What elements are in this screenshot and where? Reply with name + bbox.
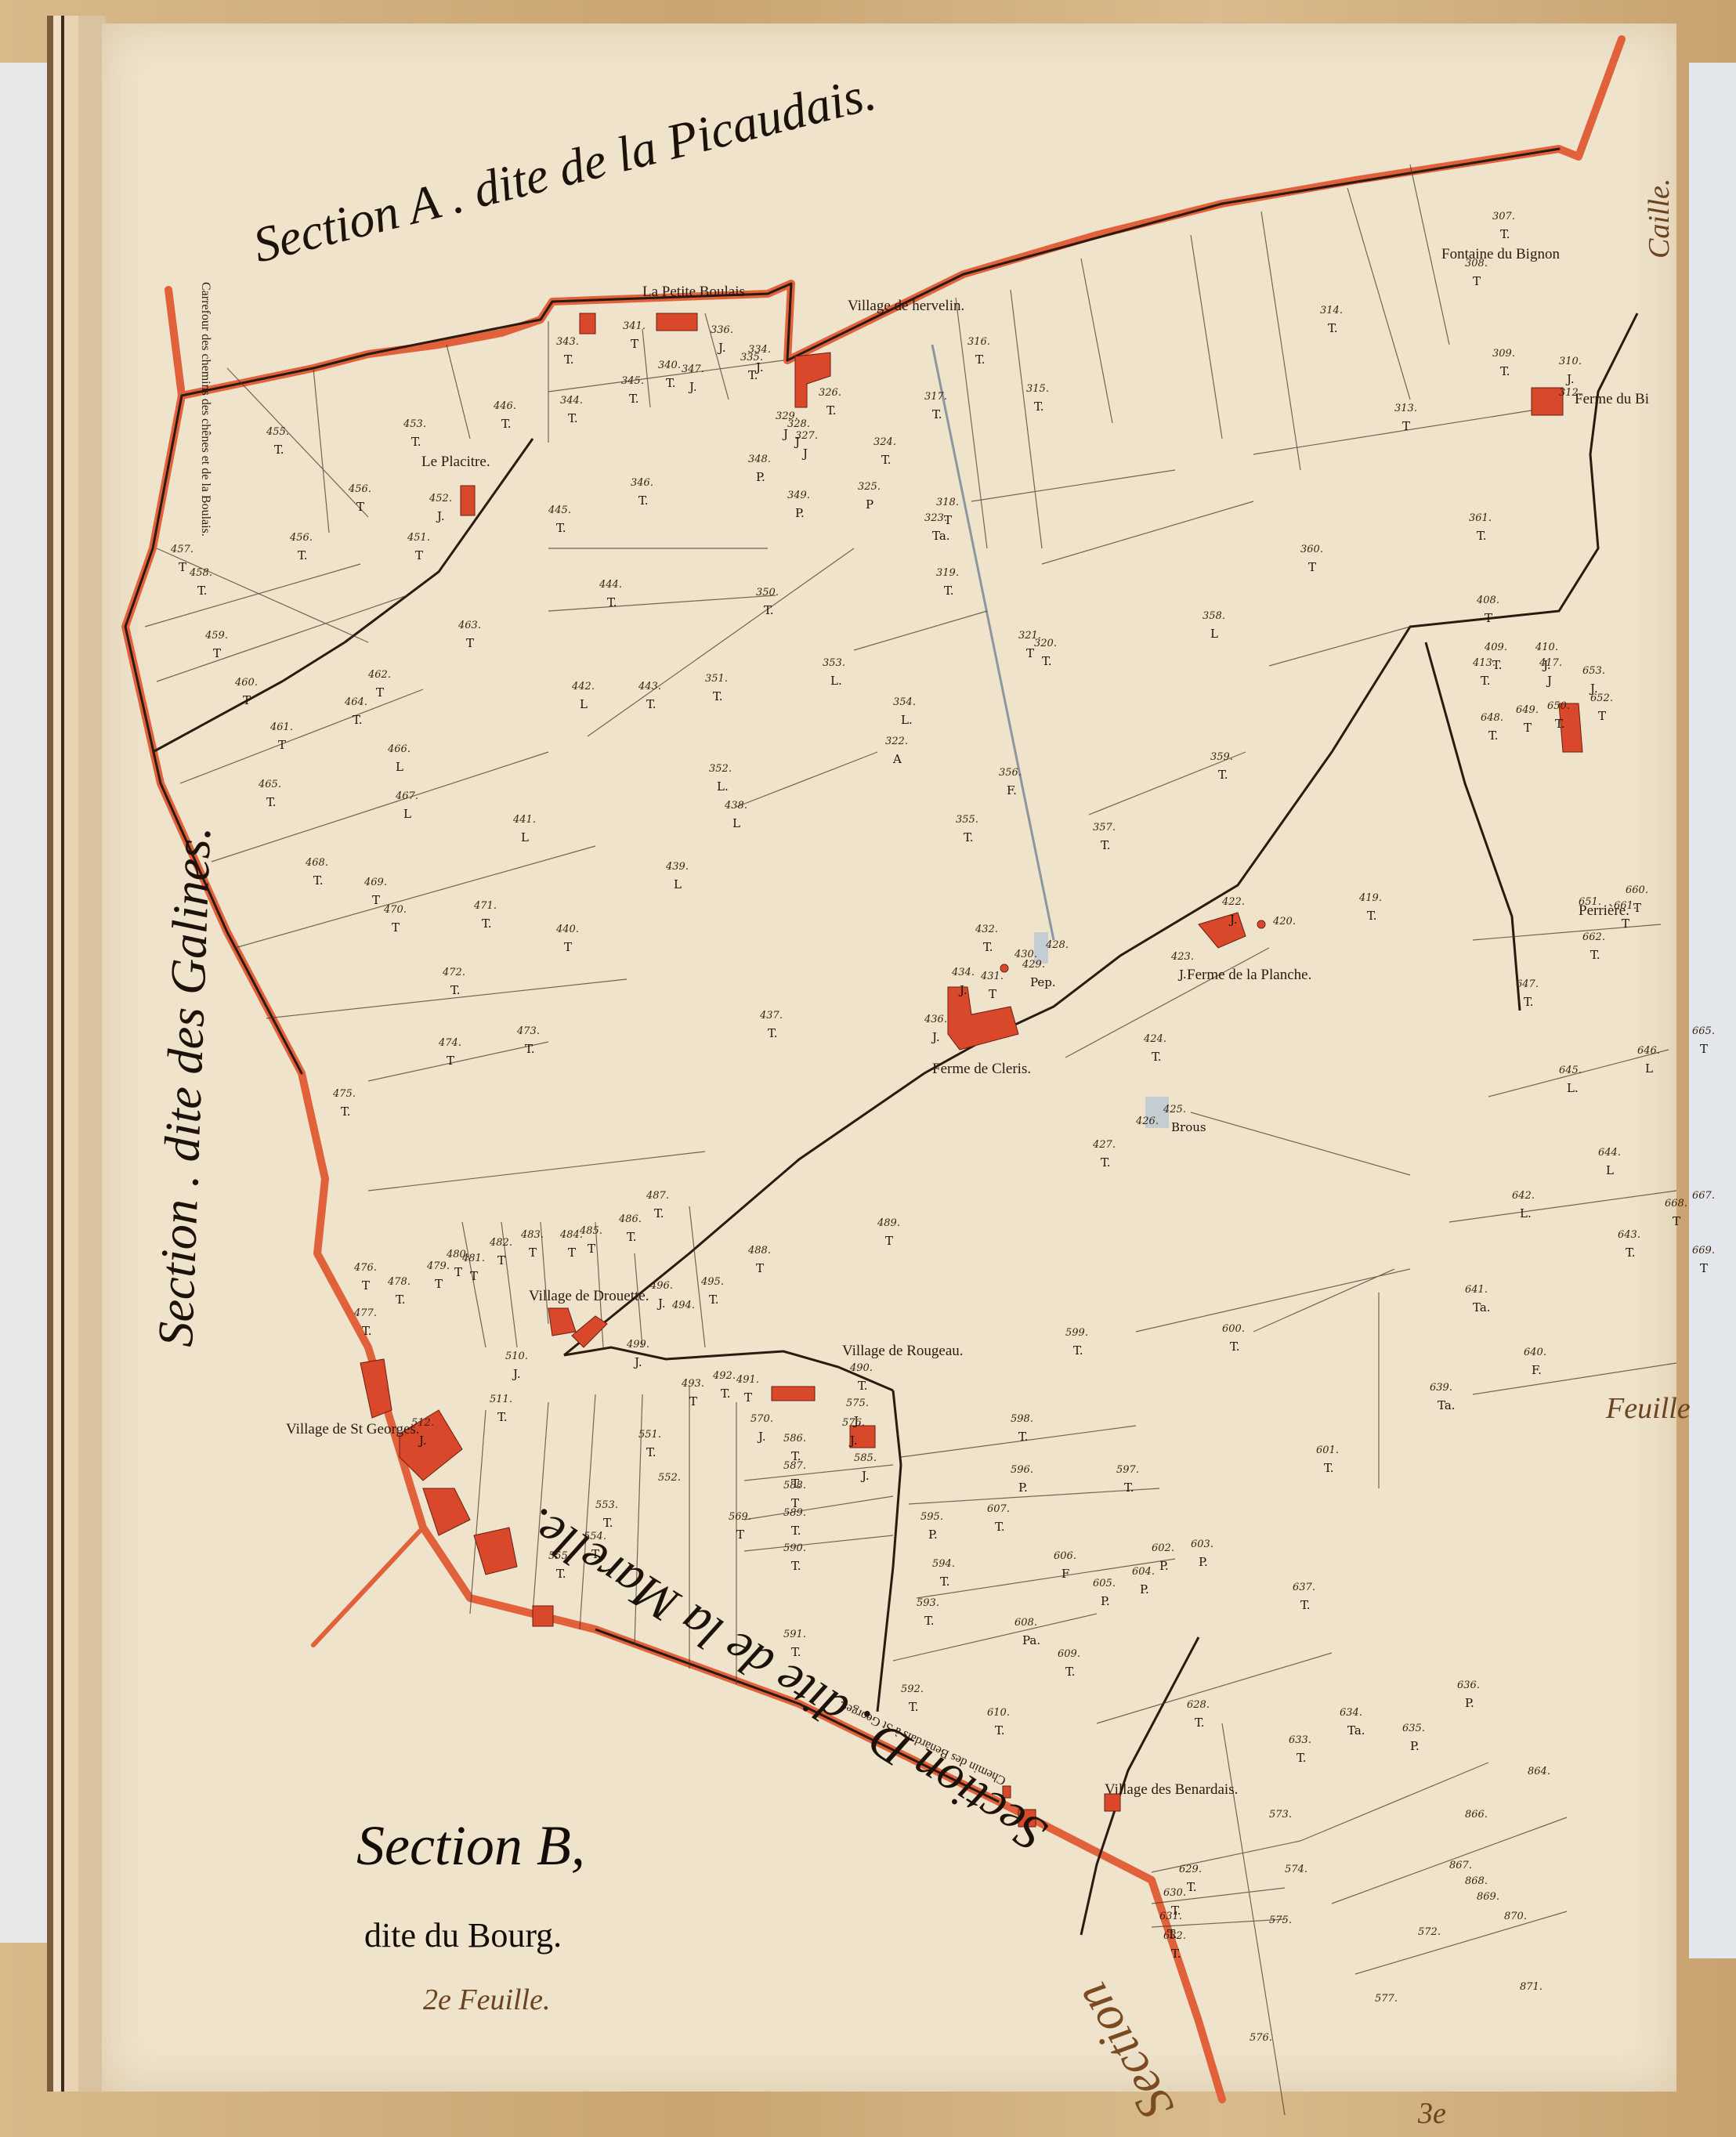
parcel-land-use: T.: [274, 443, 284, 457]
parcel[interactable]: 428.: [1045, 939, 1069, 951]
parcel[interactable]: 355.T.: [956, 814, 978, 844]
parcel[interactable]: 455.T.: [266, 426, 289, 457]
parcel[interactable]: 441.L: [512, 814, 536, 844]
parcel-land-use: T.: [298, 548, 308, 562]
parcel-land-use: Ta.: [1347, 1723, 1365, 1737]
parcel-number: 426.: [1135, 1116, 1159, 1127]
parcel-land-use: T.: [627, 1230, 637, 1244]
parcel-number: 474.: [438, 1037, 461, 1049]
parcel[interactable]: 444.T.: [599, 579, 622, 609]
parcel[interactable]: 491.T: [736, 1374, 759, 1405]
parcel-number: 604.: [1132, 1566, 1155, 1578]
parcel[interactable]: 417.J: [1539, 657, 1562, 688]
parcel-number: 475.: [332, 1088, 356, 1100]
parcel[interactable]: 316.T.: [967, 336, 990, 367]
parcel[interactable]: 470.T: [383, 904, 407, 935]
parcel[interactable]: 588.T: [783, 1480, 806, 1510]
parcel-number: 602.: [1152, 1542, 1174, 1554]
parcel[interactable]: 471.T.: [473, 900, 497, 931]
parcel-land-use: T.: [568, 411, 578, 425]
parcel[interactable]: 437.T.: [759, 1010, 783, 1040]
parcel[interactable]: 493.T: [681, 1378, 704, 1408]
parcel-number: 479.: [426, 1260, 450, 1272]
parcel[interactable]: 652.T: [1590, 692, 1613, 723]
parcel[interactable]: 446.T.: [493, 400, 516, 431]
parcel-land-use: T: [470, 1269, 478, 1283]
parcel-number: 646.: [1637, 1045, 1660, 1057]
parcel-land-use: T.: [1300, 1598, 1311, 1612]
parcel-number: 637.: [1293, 1582, 1315, 1593]
parcel-land-use: T.: [768, 1026, 778, 1040]
parcel[interactable]: 598.T.: [1011, 1413, 1033, 1444]
parcel[interactable]: 633.T.: [1289, 1734, 1311, 1765]
parcel-number: 410.: [1535, 642, 1558, 653]
parcel-land-use: T.: [1524, 995, 1534, 1009]
parcel-land-use: T.: [909, 1700, 919, 1714]
parcel-land-use: T.: [556, 521, 566, 535]
parcel[interactable]: 479.T: [426, 1260, 450, 1291]
parcel-land-use: P.: [1159, 1559, 1169, 1573]
parcel[interactable]: 341.T: [623, 320, 646, 351]
parcel[interactable]: 492.T.: [712, 1370, 736, 1401]
parcel[interactable]: 312.: [1559, 387, 1582, 399]
parcel[interactable]: 459.T: [204, 630, 228, 660]
parcel[interactable]: 309.T.: [1492, 348, 1515, 378]
parcel[interactable]: 641.Ta.: [1465, 1284, 1491, 1314]
parcel-land-use: T.: [1555, 717, 1565, 731]
parcel[interactable]: 639.Ta.: [1430, 1382, 1456, 1412]
parcel[interactable]: 634.Ta.: [1340, 1707, 1365, 1737]
parcel[interactable]: 640.F.: [1524, 1347, 1546, 1377]
parcel[interactable]: 315.T.: [1026, 383, 1049, 414]
parcel[interactable]: 451.T: [407, 532, 430, 562]
parcel-number: 446.: [493, 400, 516, 412]
parcel[interactable]: 352.L.: [709, 763, 732, 794]
parcel[interactable]: 553.T.: [595, 1499, 618, 1530]
parcel-number: 423.: [1170, 951, 1194, 963]
roads: [153, 313, 1637, 1935]
parcel[interactable]: 474.T: [438, 1037, 461, 1068]
parcel[interactable]: 456.T.: [289, 532, 313, 562]
parcel[interactable]: 572.: [1418, 1926, 1441, 1938]
parcel[interactable]: 483.T: [520, 1229, 544, 1260]
parcel[interactable]: 510.J.: [505, 1351, 528, 1381]
parcel-number: 432.: [975, 924, 998, 935]
parcel-number: 667.: [1692, 1190, 1715, 1202]
parcel-number: 361.: [1469, 512, 1492, 524]
parcel[interactable]: 590.T.: [783, 1542, 806, 1573]
parcel[interactable]: 419.T.: [1358, 892, 1382, 923]
parcel[interactable]: 644.L: [1598, 1147, 1621, 1177]
parcel[interactable]: 358.L: [1203, 610, 1225, 641]
parcel[interactable]: 489.T: [877, 1217, 900, 1248]
parcel[interactable]: 476.T: [353, 1262, 377, 1293]
parcel-number: 440.: [555, 924, 579, 935]
parcel-number: 644.: [1598, 1147, 1621, 1159]
parcel-land-use: T: [885, 1234, 893, 1248]
parcel[interactable]: 351.T.: [705, 673, 728, 703]
parcel[interactable]: 487.T.: [646, 1190, 669, 1220]
parcel[interactable]: 324.T.: [873, 436, 896, 467]
parcel[interactable]: 636.P.: [1457, 1680, 1480, 1710]
parcel-number: 478.: [387, 1276, 410, 1288]
parcel[interactable]: 354.L.: [893, 696, 916, 727]
parcel[interactable]: 426.: [1135, 1116, 1159, 1127]
parcel[interactable]: 662.T.: [1582, 931, 1605, 962]
parcel[interactable]: 866.: [1465, 1809, 1488, 1821]
neighbor-east-top-label: Caille.: [1643, 179, 1676, 259]
parcel-number: 635.: [1402, 1723, 1425, 1734]
parcel[interactable]: 310.J.: [1559, 356, 1582, 386]
parcel[interactable]: 319.T.: [936, 567, 959, 598]
parcel-number: 864.: [1528, 1766, 1550, 1777]
parcel[interactable]: 551.T.: [638, 1429, 661, 1459]
parcel[interactable]: 592.T.: [901, 1683, 924, 1714]
parcel[interactable]: 669.T: [1692, 1245, 1715, 1275]
parcel-land-use: L: [580, 697, 588, 711]
parcel-land-use: T: [1700, 1042, 1708, 1056]
crossroads-annotation: Carrefour des chemins des chênes et de l…: [199, 282, 212, 537]
parcel[interactable]: 469.T: [363, 877, 387, 907]
parcel[interactable]: 475.T.: [332, 1088, 356, 1119]
parcel[interactable]: 443.T.: [638, 681, 661, 711]
parcel[interactable]: 336.J.: [711, 324, 733, 355]
parcel[interactable]: 595.P.: [920, 1511, 943, 1542]
section-subtitle: dite du Bourg.: [364, 1916, 562, 1954]
parcel-number: 353.: [823, 657, 845, 669]
parcel-number: 494.: [671, 1300, 695, 1311]
parcel-number: 631.: [1159, 1911, 1182, 1922]
parcel[interactable]: 868.: [1465, 1875, 1488, 1887]
parcel-number: 552.: [658, 1472, 681, 1484]
parcel-land-use: J: [794, 435, 800, 449]
parcel-land-use: T: [564, 940, 572, 954]
parcel-number: 360.: [1300, 544, 1323, 555]
parcel-land-use: T.: [1101, 838, 1111, 852]
parcel-number: 437.: [759, 1010, 783, 1021]
parcel-land-use: T: [362, 1278, 370, 1293]
parcel-land-use: T.: [709, 1293, 719, 1307]
parcel[interactable]: 320.T.: [1034, 638, 1057, 668]
parcel-land-use: T.: [450, 983, 461, 997]
parcel-number: 436.: [924, 1014, 947, 1025]
parcel-number: 599.: [1065, 1327, 1088, 1339]
parcel[interactable]: 429.Pep.: [1022, 959, 1056, 989]
parcel-number: 551.: [638, 1429, 661, 1441]
parcel-number: 495.: [700, 1276, 724, 1288]
parcel-land-use: T.: [353, 713, 363, 727]
parcel[interactable]: 465.T.: [258, 779, 281, 809]
parcel[interactable]: 601.T.: [1316, 1445, 1339, 1475]
parcel-number: 318.: [936, 497, 959, 508]
parcel-number: 326.: [819, 387, 841, 399]
commune-boundary: [125, 39, 1622, 2099]
parcel[interactable]: 344.T.: [560, 395, 583, 425]
parcel[interactable]: 349.P.: [787, 490, 810, 520]
parcel[interactable]: 346.T.: [631, 477, 653, 508]
parcel[interactable]: 870.: [1504, 1911, 1527, 1922]
parcel[interactable]: 496.J.: [649, 1280, 673, 1311]
parcel-land-use: T.: [995, 1723, 1005, 1737]
parcel[interactable]: 651.: [1579, 896, 1601, 908]
parcel[interactable]: 637.T.: [1293, 1582, 1315, 1612]
parcel[interactable]: 594.T.: [932, 1558, 955, 1589]
parcel[interactable]: 586.T.: [783, 1433, 806, 1463]
parcel[interactable]: 869.: [1477, 1891, 1499, 1903]
parcel[interactable]: 472.T.: [442, 967, 465, 997]
parcel-land-use: T: [1633, 901, 1641, 915]
parcel[interactable]: 570.J.: [750, 1413, 773, 1444]
parcel[interactable]: 511.T.: [490, 1394, 512, 1424]
parcel-land-use: T.: [1626, 1246, 1636, 1260]
parcel[interactable]: 427.T.: [1092, 1139, 1116, 1170]
parcel[interactable]: 430.: [1014, 949, 1037, 960]
parcel-number: 445.: [548, 504, 571, 516]
parcel-land-use: T.: [924, 1614, 935, 1628]
parcel[interactable]: 460.T: [234, 677, 258, 707]
parcel[interactable]: 596.P.: [1011, 1464, 1033, 1495]
parcel-land-use: T: [1598, 709, 1606, 723]
cadastral-map[interactable]: Section A . dite de la Picaudais. Sectio…: [0, 0, 1736, 2137]
parcel[interactable]: 347.J.: [682, 363, 704, 394]
parcel-number: 429.: [1022, 959, 1045, 971]
parcel-land-use: T.: [940, 1575, 950, 1589]
parcel[interactable]: 668.T: [1665, 1198, 1687, 1228]
parcel-number: 452.: [429, 493, 452, 504]
parcel[interactable]: 495.T.: [700, 1276, 724, 1307]
parcel-land-use: Ta.: [1473, 1300, 1491, 1314]
parcel-land-use: P.: [1101, 1594, 1110, 1608]
parcel[interactable]: 646.L: [1637, 1045, 1660, 1076]
parcel[interactable]: 599.T.: [1065, 1327, 1088, 1358]
parcel-number: 586.: [783, 1433, 806, 1445]
parcel-number: 424.: [1143, 1033, 1166, 1045]
parcel[interactable]: 356.F.: [999, 767, 1022, 797]
parcel-number: 660.: [1626, 884, 1648, 896]
parcel-number: 555.: [548, 1550, 571, 1562]
parcel[interactable]: 603.P.: [1191, 1539, 1213, 1569]
parcel-number: 647.: [1516, 978, 1539, 990]
parcel[interactable]: 609.T.: [1058, 1648, 1080, 1679]
parcel-number: 422.: [1221, 896, 1245, 908]
parcel-number: 455.: [266, 426, 289, 438]
parcel-land-use: T: [944, 513, 952, 527]
parcel-land-use: T: [1524, 721, 1532, 735]
parcel[interactable]: 468.T.: [305, 857, 328, 888]
parcel[interactable]: 360.T: [1300, 544, 1323, 574]
parcel-number: 461.: [269, 721, 293, 733]
parcel-land-use: T: [392, 920, 400, 935]
parcel[interactable]: 431.T: [980, 971, 1004, 1001]
parcel-number: 598.: [1011, 1413, 1033, 1425]
parcel[interactable]: 453.T.: [403, 418, 426, 449]
parcel[interactable]: 432.T.: [975, 924, 998, 954]
parcel[interactable]: 604.P.: [1132, 1566, 1155, 1596]
parcel[interactable]: 438.L: [724, 800, 747, 830]
parcel[interactable]: 464.T.: [344, 696, 367, 727]
neighbor-east-label: Feuille: [1605, 1392, 1691, 1425]
parcel-land-use: T: [744, 1390, 752, 1405]
parcel[interactable]: 466.L: [387, 743, 410, 774]
parcel-number: 493.: [681, 1378, 704, 1390]
parcel-land-use: Pep.: [1030, 975, 1056, 989]
parcel[interactable]: 653.J.: [1582, 665, 1605, 696]
parcel[interactable]: 473.T.: [516, 1025, 540, 1056]
parcel[interactable]: 350.T.: [756, 587, 779, 617]
parcel[interactable]: 569.T: [729, 1511, 751, 1542]
parcel-number: 427.: [1092, 1139, 1116, 1151]
parcel-number: 476.: [353, 1262, 377, 1274]
parcel-land-use: T: [179, 560, 186, 574]
parcel-number: 413.: [1472, 657, 1495, 669]
parcel-number: 349.: [787, 490, 810, 501]
parcel[interactable]: 605.P.: [1093, 1578, 1116, 1608]
parcel-land-use: T: [415, 548, 423, 562]
parcel[interactable]: 424.T.: [1143, 1033, 1166, 1064]
parcel-number: 490.: [849, 1362, 873, 1374]
parcel[interactable]: 645.L.: [1559, 1065, 1582, 1095]
parcel-number: 575.: [1269, 1915, 1292, 1926]
parcel[interactable]: 343.T.: [556, 336, 579, 367]
section-title: Section B,: [356, 1814, 585, 1877]
parcel[interactable]: 552.: [658, 1472, 681, 1484]
parcel-number: 642.: [1512, 1190, 1535, 1202]
parcel[interactable]: 357.T.: [1093, 822, 1116, 852]
parcel[interactable]: 436.J.: [924, 1014, 947, 1044]
parcel-number: 629.: [1179, 1864, 1202, 1875]
parcel[interactable]: 420.: [1272, 916, 1296, 927]
parcel[interactable]: 458.T.: [189, 567, 212, 598]
parcel[interactable]: 649.T: [1516, 704, 1539, 735]
parcel[interactable]: 867.: [1449, 1860, 1472, 1871]
parcel-land-use: T.: [1195, 1716, 1205, 1730]
parcel-land-use: T.: [1034, 400, 1044, 414]
parcel-land-use: J.: [633, 1355, 642, 1369]
parcel[interactable]: 478.T.: [387, 1276, 410, 1307]
parcel-number: 587.: [783, 1460, 806, 1472]
parcel[interactable]: 600.T.: [1222, 1323, 1245, 1354]
parcel-number: 347.: [682, 363, 704, 375]
parcel-number: 336.: [711, 324, 733, 336]
parcel-land-use: J.: [754, 360, 764, 374]
parcel[interactable]: 573.: [1269, 1809, 1292, 1821]
parcel-number: 554.: [584, 1531, 606, 1542]
parcel-land-use: T: [756, 1261, 764, 1275]
parcel-number: 443.: [638, 681, 661, 692]
parcel[interactable]: 665.T: [1692, 1025, 1715, 1056]
parcel[interactable]: 439.L: [665, 861, 689, 891]
parcel-land-use: J.: [436, 509, 445, 523]
neighbor-west-label: Section . dite des Galines.: [147, 826, 221, 1348]
parcel[interactable]: 452.J.: [429, 493, 452, 523]
parcel[interactable]: 307.T.: [1492, 211, 1515, 241]
parcel-number: 603.: [1191, 1539, 1213, 1550]
parcel-land-use: Ta.: [1438, 1398, 1456, 1412]
parcel-land-use: J.: [656, 1296, 666, 1311]
parcel-number: 408.: [1476, 595, 1499, 606]
parcel-number: 409.: [1484, 642, 1507, 653]
parcel[interactable]: 575.: [1269, 1915, 1292, 1926]
parcel[interactable]: 413.T.: [1472, 657, 1495, 688]
parcel[interactable]: 326.T.: [819, 387, 841, 418]
parcel[interactable]: 440.T: [555, 924, 579, 954]
parcel[interactable]: 871.: [1520, 1981, 1543, 1993]
parcel[interactable]: 348.P.: [748, 454, 771, 484]
parcel[interactable]: 577.: [1375, 1993, 1398, 2005]
parcel[interactable]: 345.T.: [621, 375, 644, 406]
parcel[interactable]: 648.T.: [1481, 712, 1503, 743]
parcel[interactable]: 589.T.: [783, 1507, 806, 1538]
parcel-land-use: L.: [717, 779, 729, 794]
parcel-number: 352.: [709, 763, 732, 775]
place-label-ferme-bi: Ferme du Bi: [1575, 391, 1649, 407]
parcel-number: 315.: [1026, 383, 1049, 395]
parcel[interactable]: 635.P.: [1402, 1723, 1425, 1753]
parcel-land-use: T.: [646, 697, 656, 711]
parcel[interactable]: 628.T.: [1187, 1699, 1210, 1730]
parcel[interactable]: 607.T.: [987, 1503, 1010, 1534]
parcel[interactable]: 353.L.: [823, 657, 845, 688]
parcel-number: 308.: [1465, 258, 1488, 269]
parcel-number: 310.: [1559, 356, 1582, 367]
parcel-land-use: L: [674, 877, 682, 891]
parcel[interactable]: 482.T: [489, 1237, 512, 1267]
parcel-land-use: T.: [1324, 1461, 1334, 1475]
parcel[interactable]: 425.Brous: [1163, 1104, 1206, 1134]
parcel[interactable]: 484.T: [559, 1229, 583, 1260]
parcel[interactable]: 574.: [1285, 1864, 1307, 1875]
parcel[interactable]: 361.T.: [1469, 512, 1492, 543]
parcel-number: 348.: [748, 454, 771, 465]
parcel[interactable]: 606.F: [1054, 1550, 1076, 1581]
parcel-number: 477.: [353, 1307, 377, 1319]
parcel[interactable]: 643.T.: [1618, 1229, 1640, 1260]
parcel-land-use: T.: [556, 1567, 566, 1581]
parcel[interactable]: 359.T.: [1210, 751, 1233, 782]
parcel[interactable]: 308.T: [1465, 258, 1488, 288]
parcel-number: 640.: [1524, 1347, 1546, 1358]
parcel[interactable]: 494.: [671, 1300, 695, 1311]
parcel-number: 346.: [631, 477, 653, 489]
parcel[interactable]: 864.: [1528, 1766, 1550, 1777]
parcel[interactable]: 576.: [1250, 2032, 1272, 2044]
parcel-number: 648.: [1481, 712, 1503, 724]
parcel[interactable]: 463.T: [458, 620, 481, 650]
parcel[interactable]: 593.T.: [917, 1597, 939, 1628]
parcel-number: 468.: [305, 857, 328, 869]
parcel[interactable]: 488.T: [747, 1245, 771, 1275]
parcel[interactable]: 610.T.: [987, 1707, 1010, 1737]
parcel[interactable]: 667.: [1692, 1190, 1715, 1202]
parcel[interactable]: 462.T: [367, 669, 391, 700]
parcel[interactable]: 602.P.: [1152, 1542, 1174, 1573]
parcel[interactable]: 445.T.: [548, 504, 571, 535]
parcel[interactable]: 442.L: [571, 681, 595, 711]
parcel[interactable]: 467.L: [395, 790, 418, 821]
parcel-number: 451.: [407, 532, 430, 544]
parcel-number: 867.: [1449, 1860, 1472, 1871]
parcel-land-use: J: [782, 427, 788, 441]
parcel[interactable]: 322.A: [885, 736, 908, 766]
parcel[interactable]: 642.L.: [1512, 1190, 1535, 1220]
parcel-land-use: F: [1061, 1567, 1069, 1581]
parcel[interactable]: 314.T.: [1320, 305, 1343, 335]
parcel-number: 483.: [520, 1229, 544, 1241]
parcel[interactable]: 486.T.: [618, 1213, 642, 1244]
parcel-number: 492.: [712, 1370, 736, 1382]
parcel[interactable]: 325.P: [858, 481, 881, 512]
parcel-number: 486.: [618, 1213, 642, 1225]
